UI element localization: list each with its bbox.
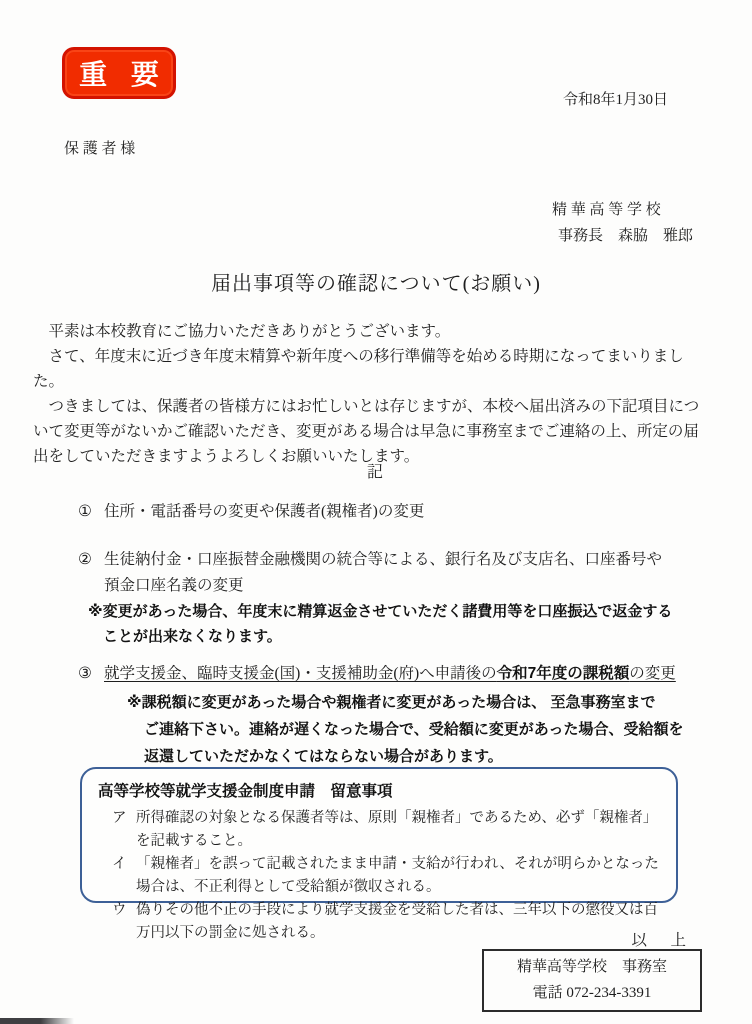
sender-block: 精 華 高 等 学 校 事務長 森脇 雅郎 — [552, 197, 693, 249]
sender-person: 事務長 森脇 雅郎 — [552, 223, 693, 249]
document-title: 届出事項等の確認について(お願い) — [0, 267, 752, 296]
notice-box: 高等学校等就学支援金制度申請 留意事項 ア 所得確認の対象となる保護者等は、原則… — [80, 767, 678, 903]
item-2-note: ※変更があった場合、年度末に精算返金させていただく諸費用等を口座振込で返金する … — [88, 599, 688, 649]
closing-mark: 以 上 — [631, 928, 690, 950]
sender-school: 精 華 高 等 学 校 — [552, 197, 693, 223]
body-paragraph-2: さて、年度末に近づき年度末精算や新年度への移行準備等を始める時期になってまいりま… — [33, 344, 709, 394]
important-badge: 重 要 — [62, 47, 176, 99]
item-2-line1: 生徒納付金・口座振替金融機関の統合等による、銀行名及び支店名、口座番号や — [104, 551, 662, 568]
item-1-text: 住所・電話番号の変更や保護者(親権者)の変更 — [104, 499, 638, 525]
footer-contact-box: 精華高等学校 事務室 電話 072-234-3391 — [482, 949, 702, 1012]
notice-item-a-marker: ア — [112, 807, 136, 853]
item-3-text: 就学支援金、臨時支援金(国)・支援補助金(府)へ申請後の令和7年度の課税額の変更 — [104, 661, 718, 687]
document-date: 令和8年1月30日 — [563, 88, 668, 109]
item-1-marker: ① — [78, 499, 104, 525]
item-3-note: ※課税額に変更があった場合や親権者に変更があった場合は、 至急事務室まで ご連絡… — [127, 689, 717, 770]
notice-box-heading: 高等学校等就学支援金制度申請 留意事項 — [98, 779, 662, 801]
item-3-marker: ③ — [78, 661, 104, 687]
item-3-text-before: 就学支援金、臨時支援金(国)・支援補助金(府)へ申請後の — [104, 665, 497, 682]
notice-item-a-text: 所得確認の対象となる保護者等は、原則「親権者」であるため、必ず「親権者」を記載す… — [136, 807, 662, 853]
body-paragraphs: 平素は本校教育にご協力いただきありがとうございます。 さて、年度末に近づき年度末… — [33, 319, 709, 469]
notice-item-c: ウ 偽りその他不正の手段により就学支援金を受給した者は、三年以下の懲役又は百万円… — [112, 899, 662, 945]
item-3-note-line2: ご連絡下さい。連絡が遅くなった場合で、受給額に変更があった場合、受給額を — [127, 716, 717, 743]
list-item-3: ③ 就学支援金、臨時支援金(国)・支援補助金(府)へ申請後の令和7年度の課税額の… — [78, 661, 718, 687]
item-3-note-line3: 返還していただかなくてはならない場合があります。 — [127, 743, 717, 770]
item-2-note-line2: ことが出来なくなります。 — [88, 624, 688, 649]
footer-phone: 電話 072-234-3391 — [484, 980, 700, 1006]
notice-item-b: イ 「親権者」を誤って記載されたまま申請・支給が行われ、それが明らかとなった場合… — [112, 853, 662, 899]
item-2-line2: 預金口座名義の変更 — [104, 577, 244, 594]
document-page: 重 要 令和8年1月30日 保 護 者 様 精 華 高 等 学 校 事務長 森脇… — [0, 0, 752, 1024]
scan-artifact-edge — [0, 1018, 74, 1024]
body-paragraph-3: つきましては、保護者の皆様方にはお忙しいとは存じますが、本校へ届出済みの下記項目… — [33, 394, 709, 469]
notice-item-c-text: 偽りその他不正の手段により就学支援金を受給した者は、三年以下の懲役又は百万円以下… — [136, 899, 662, 945]
record-marker: 記 — [0, 459, 752, 482]
notice-item-c-marker: ウ — [112, 899, 136, 945]
body-paragraph-1: 平素は本校教育にご協力いただきありがとうございます。 — [33, 319, 709, 344]
item-2-marker: ② — [78, 547, 104, 599]
notice-item-b-text: 「親権者」を誤って記載されたまま申請・支給が行われ、それが明らかとなった場合は、… — [136, 853, 662, 899]
item-2-text: 生徒納付金・口座振替金融機関の統合等による、銀行名及び支店名、口座番号や 預金口… — [104, 547, 678, 599]
notice-item-b-marker: イ — [112, 853, 136, 899]
item-3-text-after: の変更 — [629, 665, 676, 682]
item-3-text-bold: 令和7年度の課税額 — [497, 665, 630, 682]
item-3-note-line1: ※課税額に変更があった場合や親権者に変更があった場合は、 至急事務室まで — [127, 689, 717, 716]
notice-item-a: ア 所得確認の対象となる保護者等は、原則「親権者」であるため、必ず「親権者」を記… — [112, 807, 662, 853]
item-2-note-line1: ※変更があった場合、年度末に精算返金させていただく諸費用等を口座振込で返金する — [88, 599, 688, 624]
footer-office-name: 精華高等学校 事務室 — [484, 954, 700, 980]
list-item-2: ② 生徒納付金・口座振替金融機関の統合等による、銀行名及び支店名、口座番号や 預… — [78, 547, 678, 599]
recipient-line: 保 護 者 様 — [64, 137, 135, 158]
list-item-1: ① 住所・電話番号の変更や保護者(親権者)の変更 — [78, 499, 638, 525]
